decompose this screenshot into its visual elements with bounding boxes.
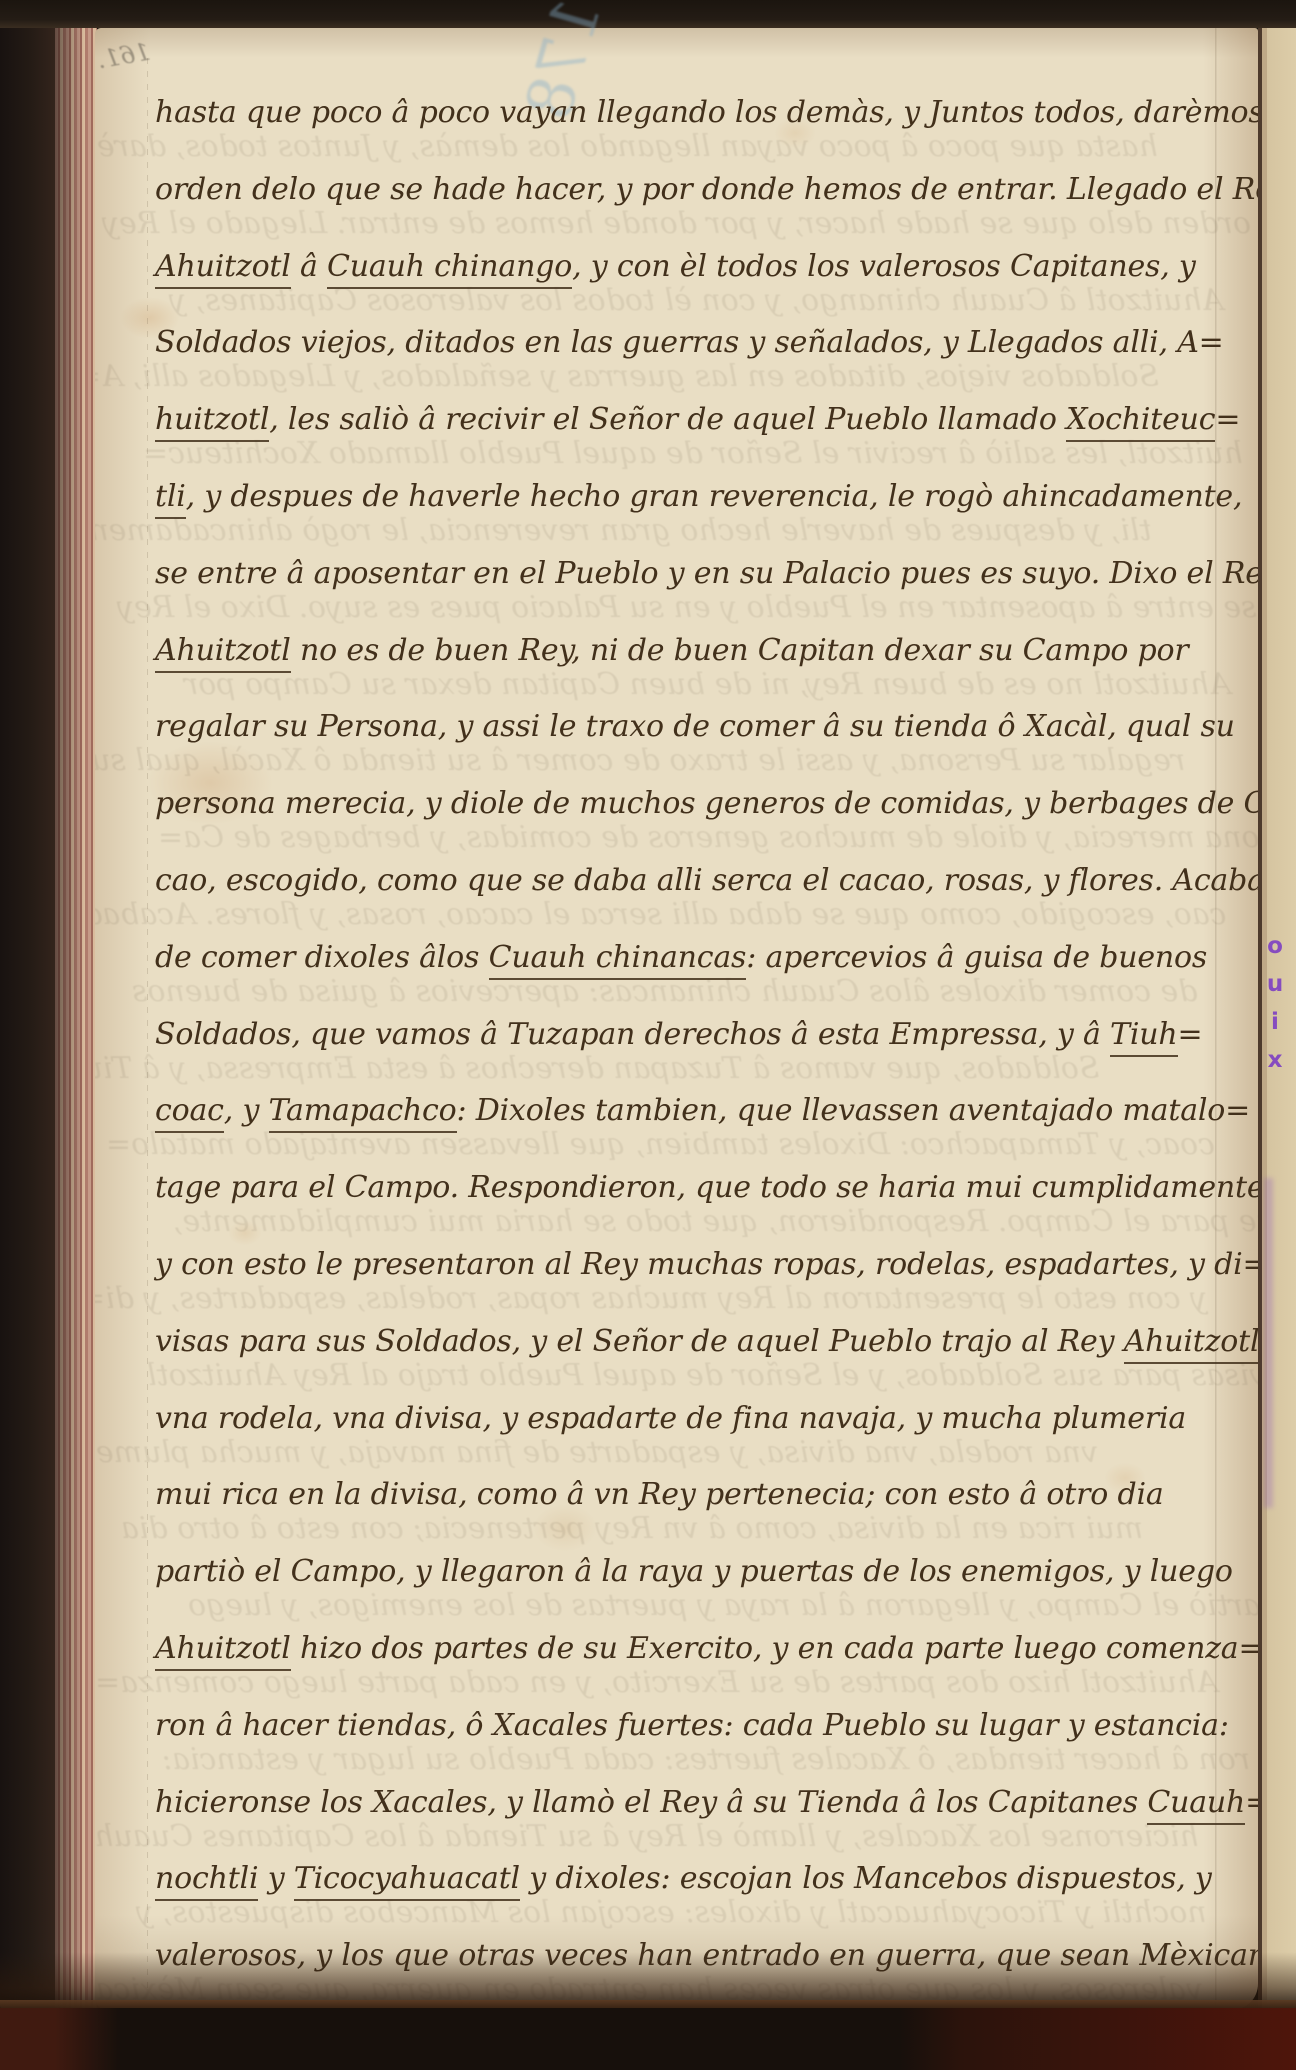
text-line: partiò el Campo, y llegaron â la raya y …: [155, 1557, 1233, 1587]
underlined-word: Ticocyahuacatl: [294, 1861, 520, 1901]
text-segment: Soldados, que vamos â Tuzapan derechos â…: [155, 1017, 1110, 1052]
text-line: tli, y despues de haverle hecho gran rev…: [155, 482, 1242, 512]
text-line: tage para el Campo. Respondieron, que to…: [155, 1173, 1274, 1203]
text-segment: , y: [224, 1093, 269, 1128]
text-line: nochtli y Ticocyahuacatl y dixoles: esco…: [155, 1864, 1212, 1894]
book-binding-top: [0, 0, 1296, 28]
adjacent-page-edge: ouix: [1258, 28, 1296, 2010]
text-segment: vna rodela, vna divisa, y espadarte de f…: [155, 1401, 1186, 1436]
book-binding-bottom: [0, 2008, 1296, 2070]
underlined-word: huitzotl: [155, 402, 269, 442]
text-segment: no es de buen Rey, ni de buen Capitan de…: [291, 633, 1189, 668]
text-segment: : apercevios â guisa de buenos: [746, 940, 1207, 975]
purple-stamp-smudge: [1264, 1178, 1273, 1508]
text-segment: , y con èl todos los valerosos Capitanes…: [572, 249, 1196, 284]
underlined-word: Ahuitzotl: [155, 1631, 291, 1671]
underlined-word: coac: [155, 1093, 224, 1133]
text-segment: Soldados viejos, ditados en las guerras …: [155, 325, 1224, 360]
manuscript-text: hasta que poco â poco vayan llegando los…: [95, 28, 1258, 2010]
underlined-word: Cuauh chinancas: [489, 940, 747, 980]
text-line: Soldados, que vamos â Tuzapan derechos â…: [155, 1020, 1202, 1050]
text-line: Ahuitzotl â Cuauh chinango, y con èl tod…: [155, 252, 1196, 282]
book-binding-left: [0, 0, 55, 2070]
text-line: mui rica en la divisa, como â vn Rey per…: [155, 1480, 1164, 1510]
text-line: persona merecia, y diole de muchos gener…: [155, 789, 1296, 819]
text-segment: hizo dos partes de su Exercito, y en cad…: [291, 1631, 1264, 1666]
text-segment: se entre â aposentar en el Pueblo y en s…: [155, 556, 1280, 591]
text-segment: tage para el Campo. Respondieron, que to…: [155, 1170, 1274, 1205]
text-line: Ahuitzotl hizo dos partes de su Exercito…: [155, 1634, 1263, 1664]
manuscript-page: hasta que poco â poco vayan llegando los…: [95, 28, 1258, 2010]
underlined-word: Tiuh: [1110, 1017, 1177, 1057]
text-segment: â: [291, 249, 327, 284]
underlined-word: Tamapachco: [269, 1093, 457, 1133]
text-line: Ahuitzotl no es de buen Rey, ni de buen …: [155, 636, 1189, 666]
text-line: coac, y Tamapachco: Dixoles tambien, que…: [155, 1096, 1250, 1126]
text-line: vna rodela, vna divisa, y espadarte de f…: [155, 1404, 1186, 1434]
text-line: regalar su Persona, y assi le traxo de c…: [155, 712, 1235, 742]
text-line: y con esto le presentaron al Rey muchas …: [155, 1250, 1267, 1280]
text-line: visas para sus Soldados, y el Señor de a…: [155, 1327, 1259, 1357]
manuscript-scan-page: hasta que poco â poco vayan llegando los…: [0, 0, 1296, 2070]
text-segment: y con esto le presentaron al Rey muchas …: [155, 1247, 1267, 1282]
underlined-word: Cuauh: [1147, 1785, 1245, 1825]
text-line: hasta que poco â poco vayan llegando los…: [155, 98, 1264, 128]
underlined-word: Cuauh chinango: [327, 249, 572, 289]
text-line: hicieronse los Xacales, y llamò el Rey â…: [155, 1788, 1270, 1818]
text-segment: partiò el Campo, y llegaron â la raya y …: [155, 1554, 1233, 1589]
text-segment: y dixoles: escojan los Mancebos dispuest…: [520, 1861, 1212, 1896]
text-segment: persona merecia, y diole de muchos gener…: [155, 786, 1296, 821]
text-segment: ron â hacer tiendas, ô Xacales fuertes: …: [155, 1708, 1229, 1743]
text-line: se entre â aposentar en el Pueblo y en s…: [155, 559, 1280, 589]
text-line: orden delo que se hade hacer, y por dond…: [155, 175, 1289, 205]
text-segment: orden delo que se hade hacer, y por dond…: [155, 172, 1289, 207]
underlined-word: tli: [155, 479, 186, 519]
text-segment: : Dixoles tambien, que llevassen aventaj…: [457, 1093, 1251, 1128]
underlined-word: nochtli: [155, 1861, 258, 1901]
text-line: de comer dixoles âlos Cuauh chinancas: a…: [155, 943, 1207, 973]
text-segment: =: [1215, 402, 1240, 437]
text-segment: , les saliò â recivir el Señor de aquel …: [269, 402, 1066, 437]
text-segment: regalar su Persona, y assi le traxo de c…: [155, 709, 1235, 744]
text-line: cao, escogido, como que se daba alli ser…: [155, 866, 1296, 896]
purple-stamp-fragment: ouix: [1262, 933, 1288, 1085]
text-segment: hasta que poco â poco vayan llegando los…: [155, 95, 1264, 130]
text-segment: de comer dixoles âlos: [155, 940, 489, 975]
text-segment: cao, escogido, como que se daba alli ser…: [155, 863, 1296, 898]
text-segment: =: [1178, 1017, 1203, 1052]
text-segment: visas para sus Soldados, y el Señor de a…: [155, 1324, 1124, 1359]
text-line: ron â hacer tiendas, ô Xacales fuertes: …: [155, 1711, 1229, 1741]
underlined-word: Ahuitzotl: [1124, 1324, 1260, 1364]
text-segment: y: [258, 1861, 293, 1896]
text-segment: , y despues de haverle hecho gran revere…: [186, 479, 1243, 514]
underlined-word: Xochiteuc: [1066, 402, 1215, 442]
text-line: Soldados viejos, ditados en las guerras …: [155, 328, 1224, 358]
page-edges-stack: [55, 18, 97, 2048]
text-line: huitzotl, les saliò â recivir el Señor d…: [155, 405, 1240, 435]
underlined-word: Ahuitzotl: [155, 633, 291, 673]
underlined-word: Ahuitzotl: [155, 249, 291, 289]
text-segment: mui rica en la divisa, como â vn Rey per…: [155, 1477, 1164, 1512]
text-segment: hicieronse los Xacales, y llamò el Rey â…: [155, 1785, 1147, 1820]
